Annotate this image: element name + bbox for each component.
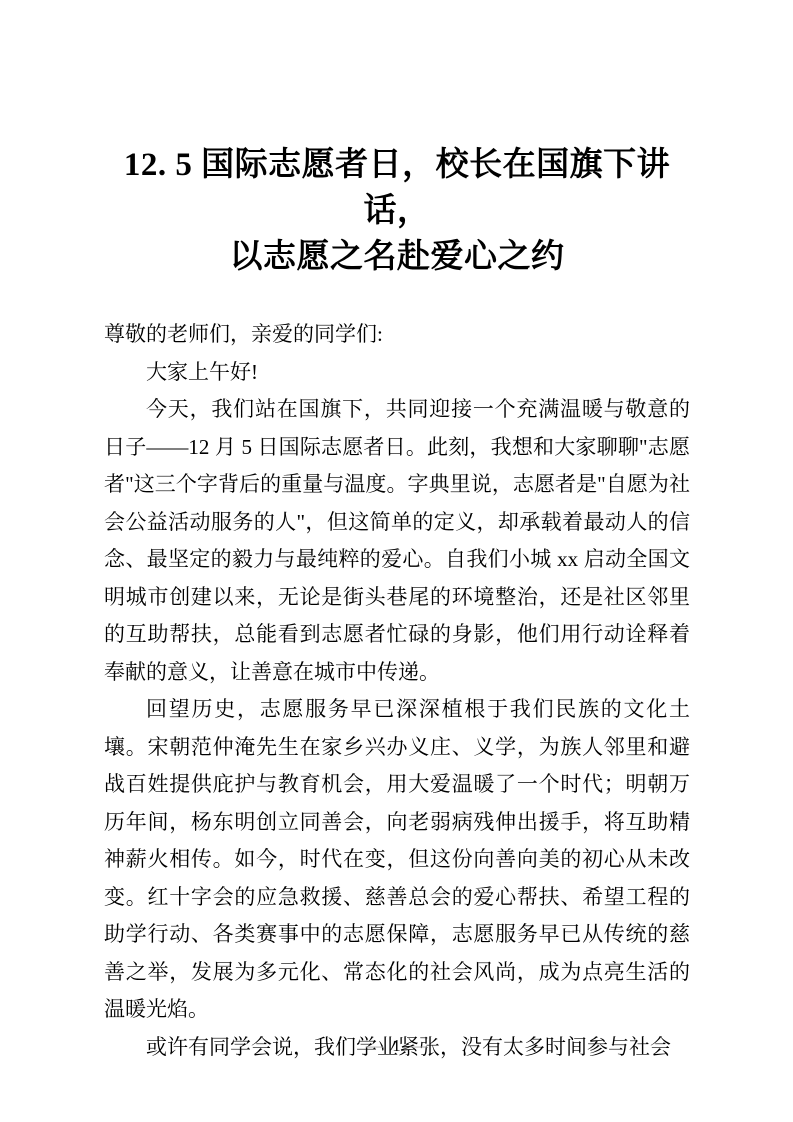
document-title-line-1: 12. 5 国际志愿者日，校长在国旗下讲话， bbox=[104, 142, 690, 234]
document-page: 12. 5 国际志愿者日，校长在国旗下讲话， 以志愿之名赴爱心之约 尊敬的老师们… bbox=[0, 0, 793, 1122]
greeting-line: 大家上午好! bbox=[104, 354, 690, 392]
paragraph: 回望历史，志愿服务早已深深植根于我们民族的文化土壤。宋朝范仲淹先生在家乡兴办义庄… bbox=[104, 691, 690, 1029]
footer-dash-left: — bbox=[366, 1036, 383, 1055]
document-title: 12. 5 国际志愿者日，校长在国旗下讲话， 以志愿之名赴爱心之约 bbox=[104, 142, 690, 280]
paragraph: 今天，我们站在国旗下，共同迎接一个充满温暖与敬意的日子——12 月 5 日国际志… bbox=[104, 391, 690, 691]
page-footer: —1— bbox=[0, 1034, 793, 1058]
page-number: 1 bbox=[392, 1036, 401, 1055]
document-title-line-2: 以志愿之名赴爱心之约 bbox=[104, 234, 690, 280]
footer-dash-right: — bbox=[410, 1036, 427, 1055]
document-body: 尊敬的老师们，亲爱的同学们: 大家上午好! 今天，我们站在国旗下，共同迎接一个充… bbox=[104, 316, 690, 1066]
salutation-line: 尊敬的老师们，亲爱的同学们: bbox=[104, 316, 690, 354]
